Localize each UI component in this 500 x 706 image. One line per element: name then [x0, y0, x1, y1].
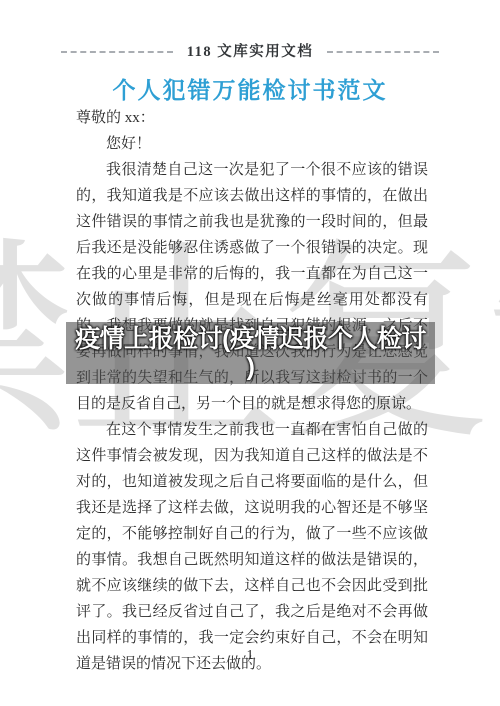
document-page: 禁止复制 118 文库实用文档 个人犯错万能检讨书范文 尊敬的 xx： 您好！ …: [0, 0, 500, 706]
overlay-title-line2: ): [247, 353, 255, 381]
greeting-line: 您好！: [76, 131, 428, 157]
header-dash-left: [61, 51, 173, 53]
overlay-title-banner: 疫情上报检讨(疫情迟报个人检讨 ): [66, 322, 435, 384]
page-number: 1: [0, 648, 500, 664]
document-body: 尊敬的 xx： 您好！ 我很清楚自己这一次是犯了一个很不应该的错误的，我知道我是…: [76, 105, 428, 677]
header-brand-label: 118 文库实用文档: [187, 40, 314, 61]
salutation-line: 尊敬的 xx：: [76, 105, 428, 131]
header-dash-right: [327, 51, 439, 53]
overlay-title-line1: 疫情上报检讨(疫情迟报个人检讨: [75, 325, 426, 353]
page-header: 118 文库实用文档: [0, 40, 500, 61]
document-title: 个人犯错万能检讨书范文: [0, 72, 500, 105]
body-paragraph-2: 在这个事情发生之前我也一直都在害怕自己做的这件事情会被发现，因为我知道自己这样的…: [76, 417, 428, 677]
